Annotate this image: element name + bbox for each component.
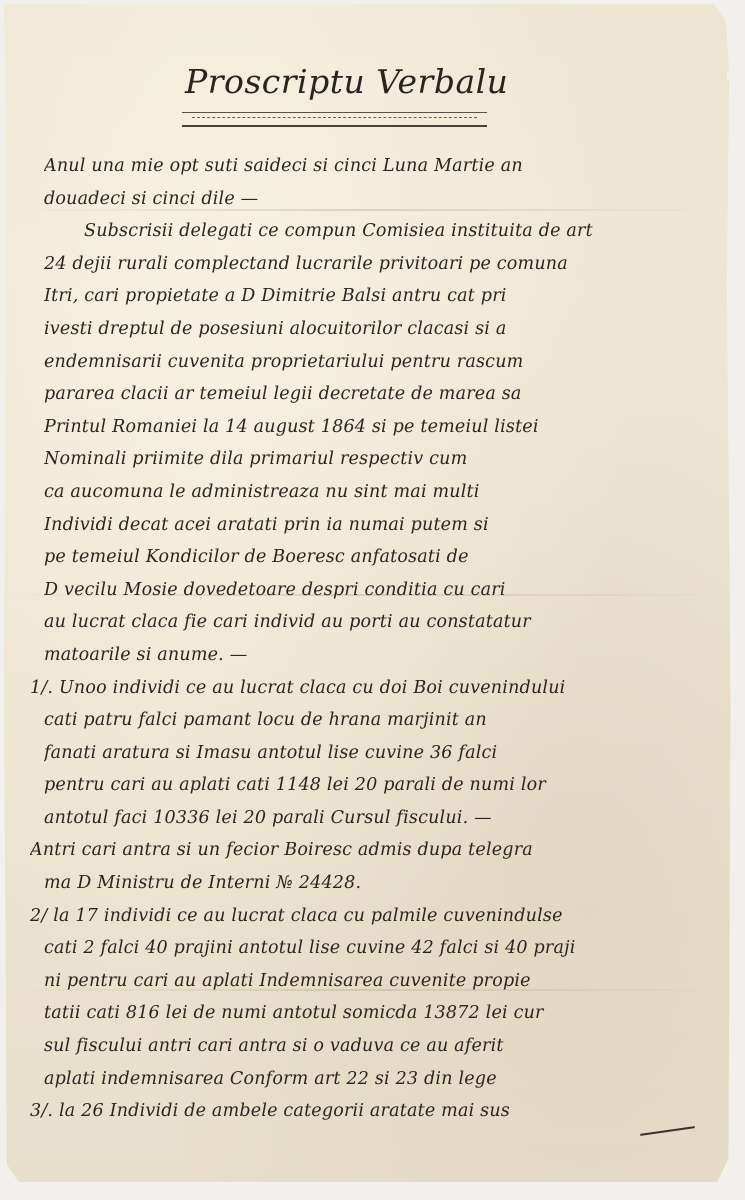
text-line: ivesti dreptul de posesiuni alocuitorilo… bbox=[44, 313, 714, 346]
text-line: sul fiscului antri cari antra si o vaduv… bbox=[44, 1030, 714, 1063]
text-line: ni pentru cari au aplati Indemnisarea cu… bbox=[44, 965, 714, 998]
text-line: cati 2 falci 40 prajini antotul lise cuv… bbox=[44, 932, 714, 965]
numbered-item-1: 1/. Unoo individi ce au lucrat claca cu … bbox=[30, 672, 714, 705]
text-line: Individi decat acei aratati prin ia numa… bbox=[44, 509, 714, 542]
text-line: endemnisarii cuvenita proprietariului pe… bbox=[44, 346, 714, 379]
text-line: D vecilu Mosie dovedetoare despri condit… bbox=[44, 574, 714, 607]
text-line: pe temeiul Kondicilor de Boeresc anfatos… bbox=[44, 541, 714, 574]
document-title: Proscriptu Verbalu bbox=[185, 62, 508, 101]
text-line: tatii cati 816 lei de numi antotul somic… bbox=[44, 997, 714, 1030]
text-line: Subscrisii delegati ce compun Comisiea i… bbox=[44, 215, 714, 248]
numbered-item-2: 2/ la 17 individi ce au lucrat claca cu … bbox=[30, 900, 714, 933]
text-line: cati patru falci pamant locu de hrana ma… bbox=[44, 704, 714, 737]
paper-tear bbox=[727, 70, 733, 80]
text-line: Anul una mie opt suti saideci si cinci L… bbox=[44, 150, 714, 183]
text-line: pentru cari au aplati cati 1148 lei 20 p… bbox=[44, 769, 714, 802]
text-line: pararea clacii ar temeiul legii decretat… bbox=[44, 378, 714, 411]
text-line: Itri, cari propietate a D Dimitrie Balsi… bbox=[44, 280, 714, 313]
scanned-page: Proscriptu Verbalu Anul una mie opt suti… bbox=[0, 0, 745, 1200]
text-line: douadeci si cinci dile — bbox=[44, 183, 714, 216]
text-line: Antri cari antra si un fecior Boiresc ad… bbox=[30, 834, 714, 867]
text-line: Printul Romaniei la 14 august 1864 si pe… bbox=[44, 411, 714, 444]
text-line: antotul faci 10336 lei 20 parali Cursul … bbox=[44, 802, 714, 835]
text-line: Nominali priimite dila primariul respect… bbox=[44, 443, 714, 476]
text-line: au lucrat claca fie cari individ au port… bbox=[44, 606, 714, 639]
text-line: aplati indemnisarea Conform art 22 si 23… bbox=[44, 1063, 714, 1096]
document-body: Anul una mie opt suti saideci si cinci L… bbox=[44, 150, 714, 1128]
text-line: ma D Ministru de Interni № 24428. bbox=[44, 867, 714, 900]
text-line: ca aucomuna le administreaza nu sint mai… bbox=[44, 476, 714, 509]
text-line: fanati aratura si Imasu antotul lise cuv… bbox=[44, 737, 714, 770]
numbered-item-3: 3/. la 26 Individi de ambele categorii a… bbox=[30, 1095, 714, 1128]
text-line: 24 dejii rurali complectand lucrarile pr… bbox=[44, 248, 714, 281]
text-line: matoarile si anume. — bbox=[44, 639, 714, 672]
title-flourish-underline bbox=[182, 112, 487, 127]
